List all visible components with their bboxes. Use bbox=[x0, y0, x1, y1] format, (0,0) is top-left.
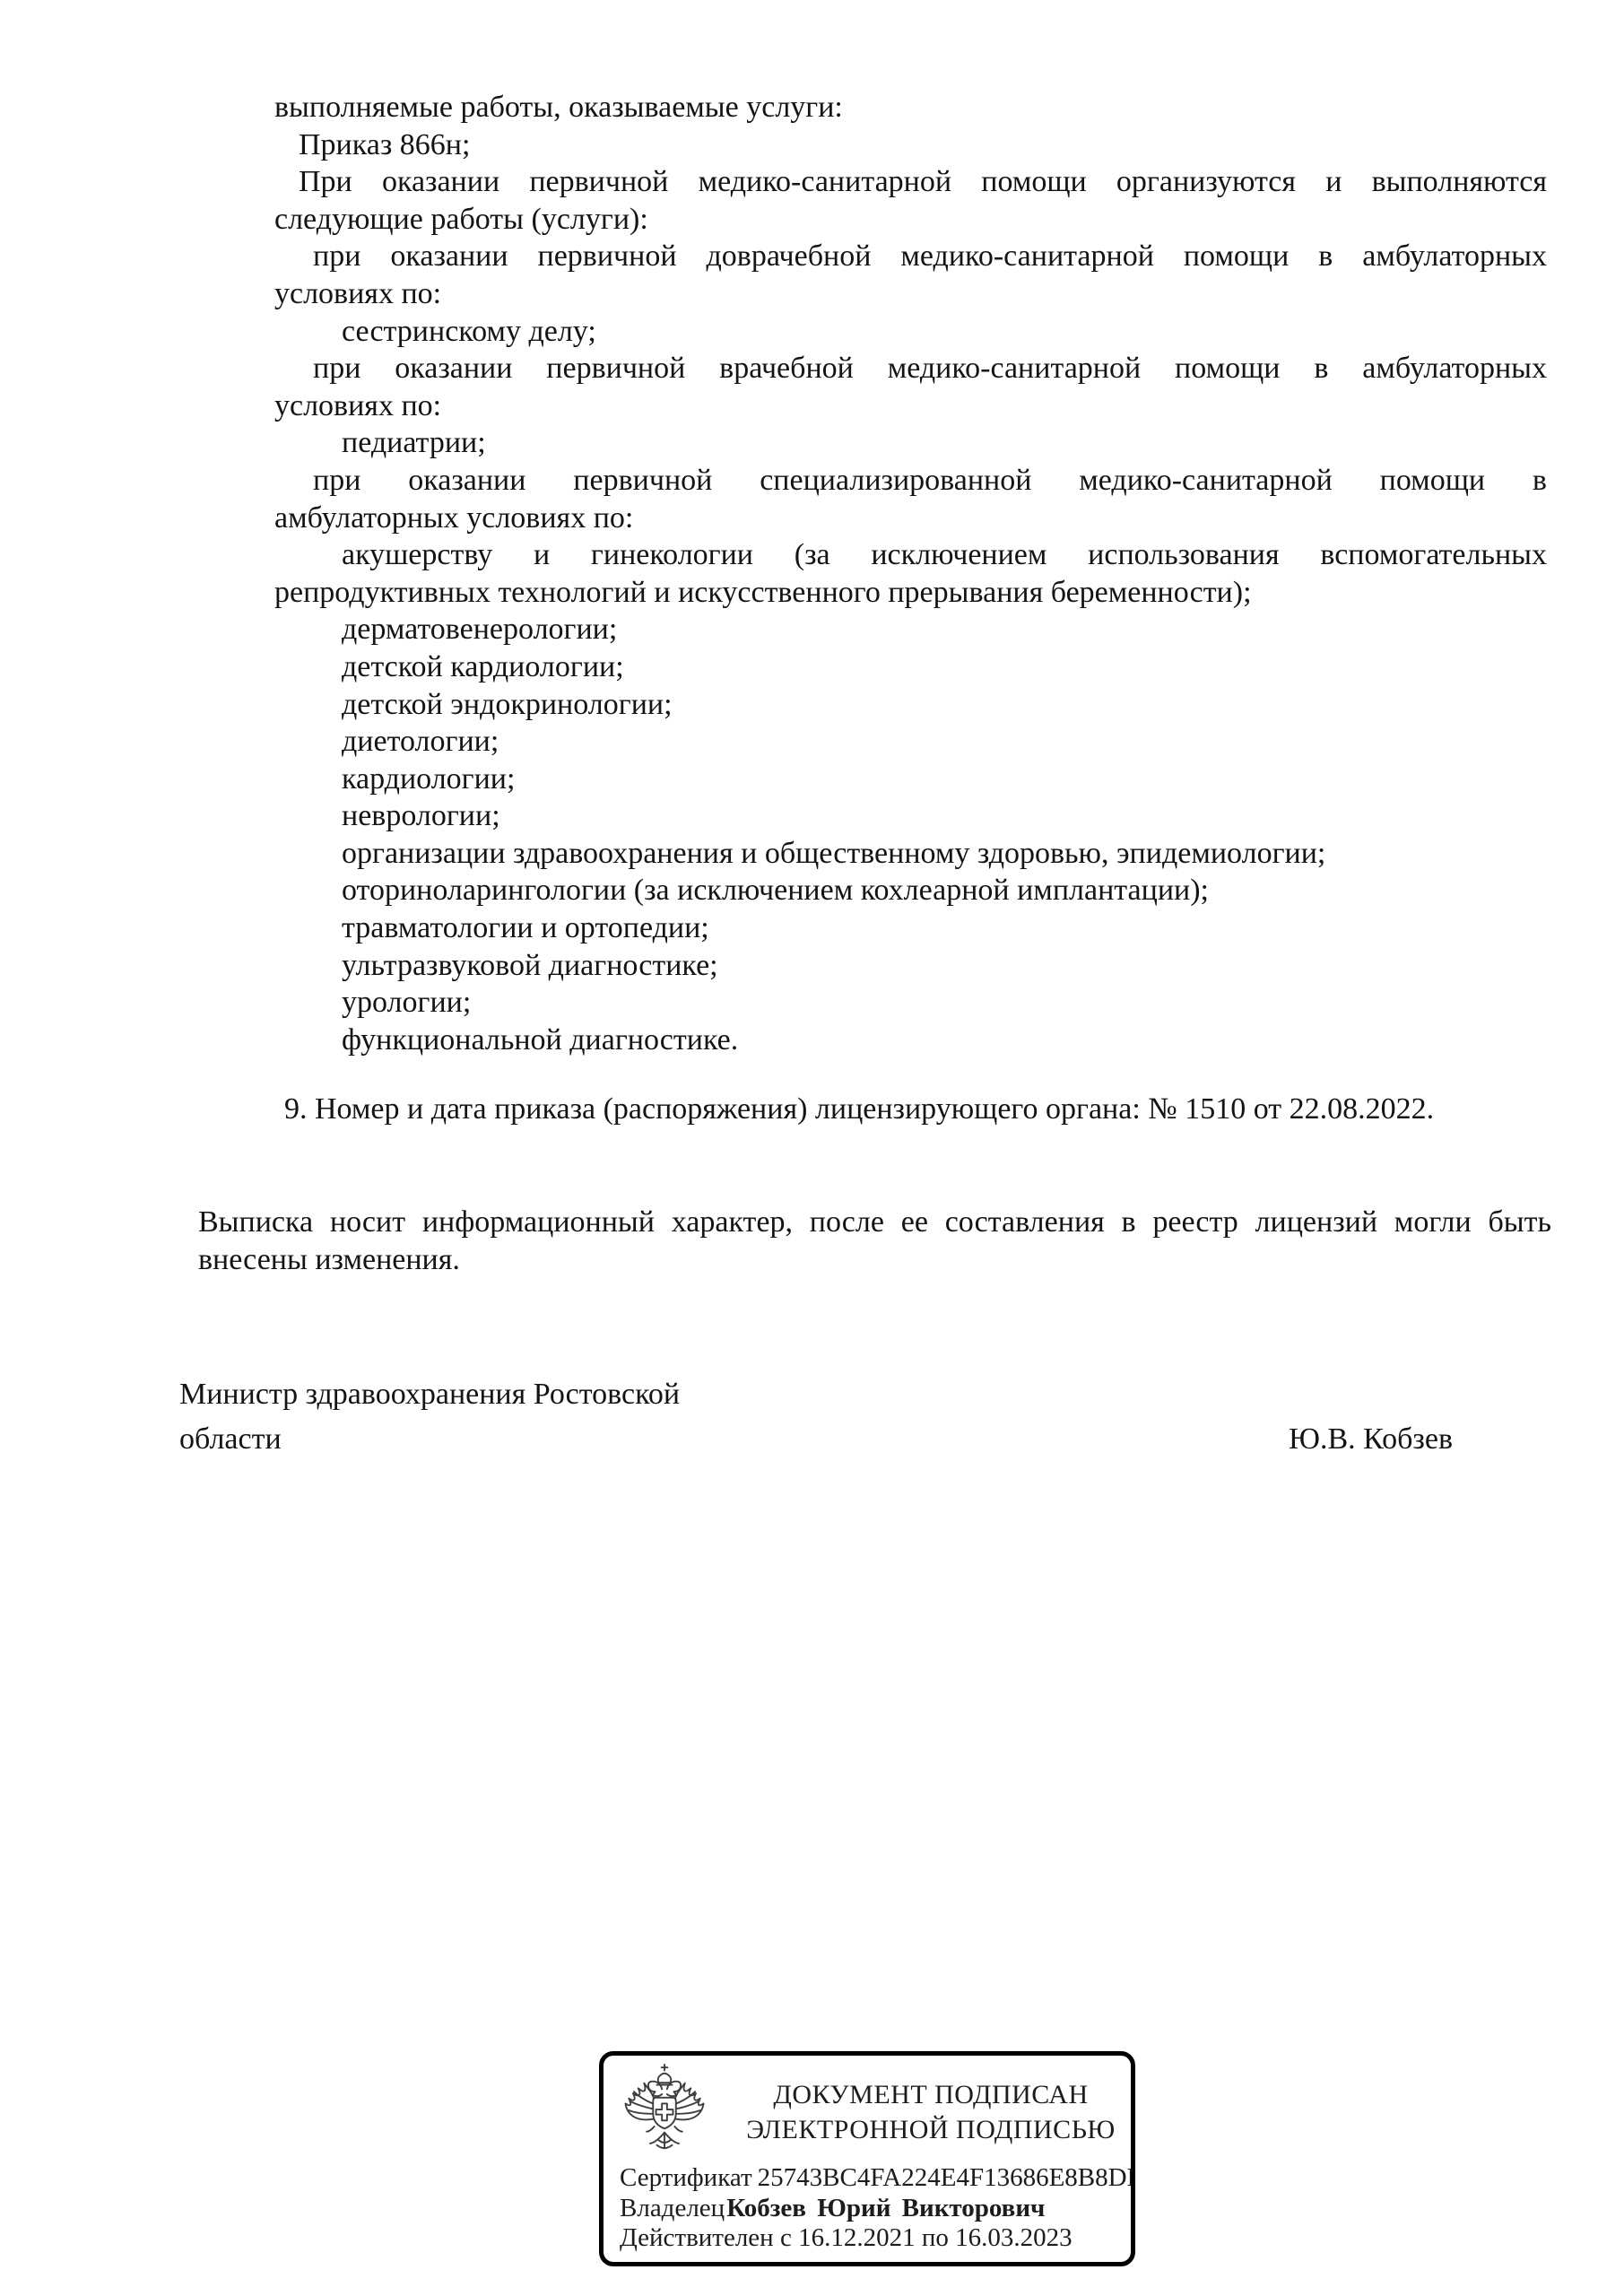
document-line: Выписка носит информационный характер, п… bbox=[198, 1204, 1551, 1241]
document-line: при оказании первичной врачебной медико-… bbox=[274, 350, 1547, 387]
document-line: детской эндокринологии; bbox=[274, 686, 1547, 724]
document-line: выполняемые работы, оказываемые услуги: bbox=[274, 89, 1547, 126]
signer-position-line1: Министр здравоохранения Ростовской bbox=[179, 1372, 1453, 1417]
document-line: репродуктивных технологий и искусственно… bbox=[274, 574, 1547, 612]
stamp-title-line1: ДОКУМЕНТ ПОДПИСАН bbox=[738, 2077, 1124, 2112]
stamp-title: ДОКУМЕНТ ПОДПИСАН ЭЛЕКТРОННОЙ ПОДПИСЬЮ bbox=[738, 2077, 1124, 2147]
document-line: травматологии и ортопедии; bbox=[274, 909, 1547, 947]
document-line: функциональной диагностике. bbox=[274, 1022, 1547, 1059]
document-line: внесены изменения. bbox=[198, 1241, 1551, 1279]
document-line: диетологии; bbox=[274, 723, 1547, 761]
document-line: акушерству и гинекологии (за исключением… bbox=[274, 536, 1547, 574]
signer-position-line2: области bbox=[179, 1417, 282, 1462]
disclaimer-paragraph: Выписка носит информационный характер, п… bbox=[198, 1204, 1551, 1279]
works-services-list: выполняемые работы, оказываемые услуги:П… bbox=[274, 89, 1547, 1058]
stamp-title-line2: ЭЛЕКТРОННОЙ ПОДПИСЬЮ bbox=[738, 2112, 1124, 2147]
document-line: оториноларингологии (за исключением кохл… bbox=[274, 872, 1547, 909]
document-line: при оказании первичной доврачебной медик… bbox=[274, 238, 1547, 275]
document-line: урологии; bbox=[274, 984, 1547, 1022]
owner-label: Владелец bbox=[620, 2194, 725, 2222]
document-line: дерматовенерологии; bbox=[274, 611, 1547, 648]
certificate-row: Сертификат25743BC4FA224E4F13686E8B8DDDA3… bbox=[620, 2163, 1135, 2194]
document-line: амбулаторных условиях по: bbox=[274, 500, 1547, 537]
document-line: Приказ 866н; bbox=[274, 126, 1547, 164]
document-line: педиатрии; bbox=[274, 424, 1547, 462]
document-line: ультразвуковой диагностике; bbox=[274, 947, 1547, 985]
owner-row: ВладелецКобзев Юрий Викторович bbox=[620, 2194, 1135, 2224]
document-page: { "document": { "ink_color": "#141414", … bbox=[0, 0, 1624, 2296]
certificate-number: 25743BC4FA224E4F13686E8B8DDDA301 bbox=[758, 2163, 1135, 2192]
document-line: следующие работы (услуги): bbox=[274, 201, 1547, 239]
document-line: сестринскому делу; bbox=[274, 313, 1547, 351]
document-line: кардиологии; bbox=[274, 761, 1547, 798]
signature-block: Министр здравоохранения Ростовской облас… bbox=[179, 1372, 1453, 1462]
order-info-line: 9. Номер и дата приказа (распоряжения) л… bbox=[274, 1091, 1547, 1128]
document-line: условиях по: bbox=[274, 387, 1547, 425]
certificate-label: Сертификат bbox=[620, 2163, 752, 2192]
owner-name: Кобзев Юрий Викторович bbox=[726, 2194, 1045, 2222]
document-line: неврологии; bbox=[274, 797, 1547, 835]
stamp-info: Сертификат25743BC4FA224E4F13686E8B8DDDA3… bbox=[620, 2163, 1135, 2254]
electronic-signature-stamp: ДОКУМЕНТ ПОДПИСАН ЭЛЕКТРОННОЙ ПОДПИСЬЮ С… bbox=[599, 2051, 1135, 2266]
document-line: при оказании первичной специализированно… bbox=[274, 462, 1547, 500]
double-headed-eagle-icon bbox=[621, 2063, 708, 2158]
signer-name: Ю.В. Кобзев bbox=[1289, 1417, 1453, 1462]
document-line: При оказании первичной медико-санитарной… bbox=[274, 163, 1547, 201]
document-line: условиях по: bbox=[274, 275, 1547, 313]
document-line: детской кардиологии; bbox=[274, 648, 1547, 686]
document-line: организации здравоохранения и общественн… bbox=[274, 835, 1547, 873]
validity-row: Действителен с 16.12.2021 по 16.03.2023 bbox=[620, 2223, 1135, 2254]
